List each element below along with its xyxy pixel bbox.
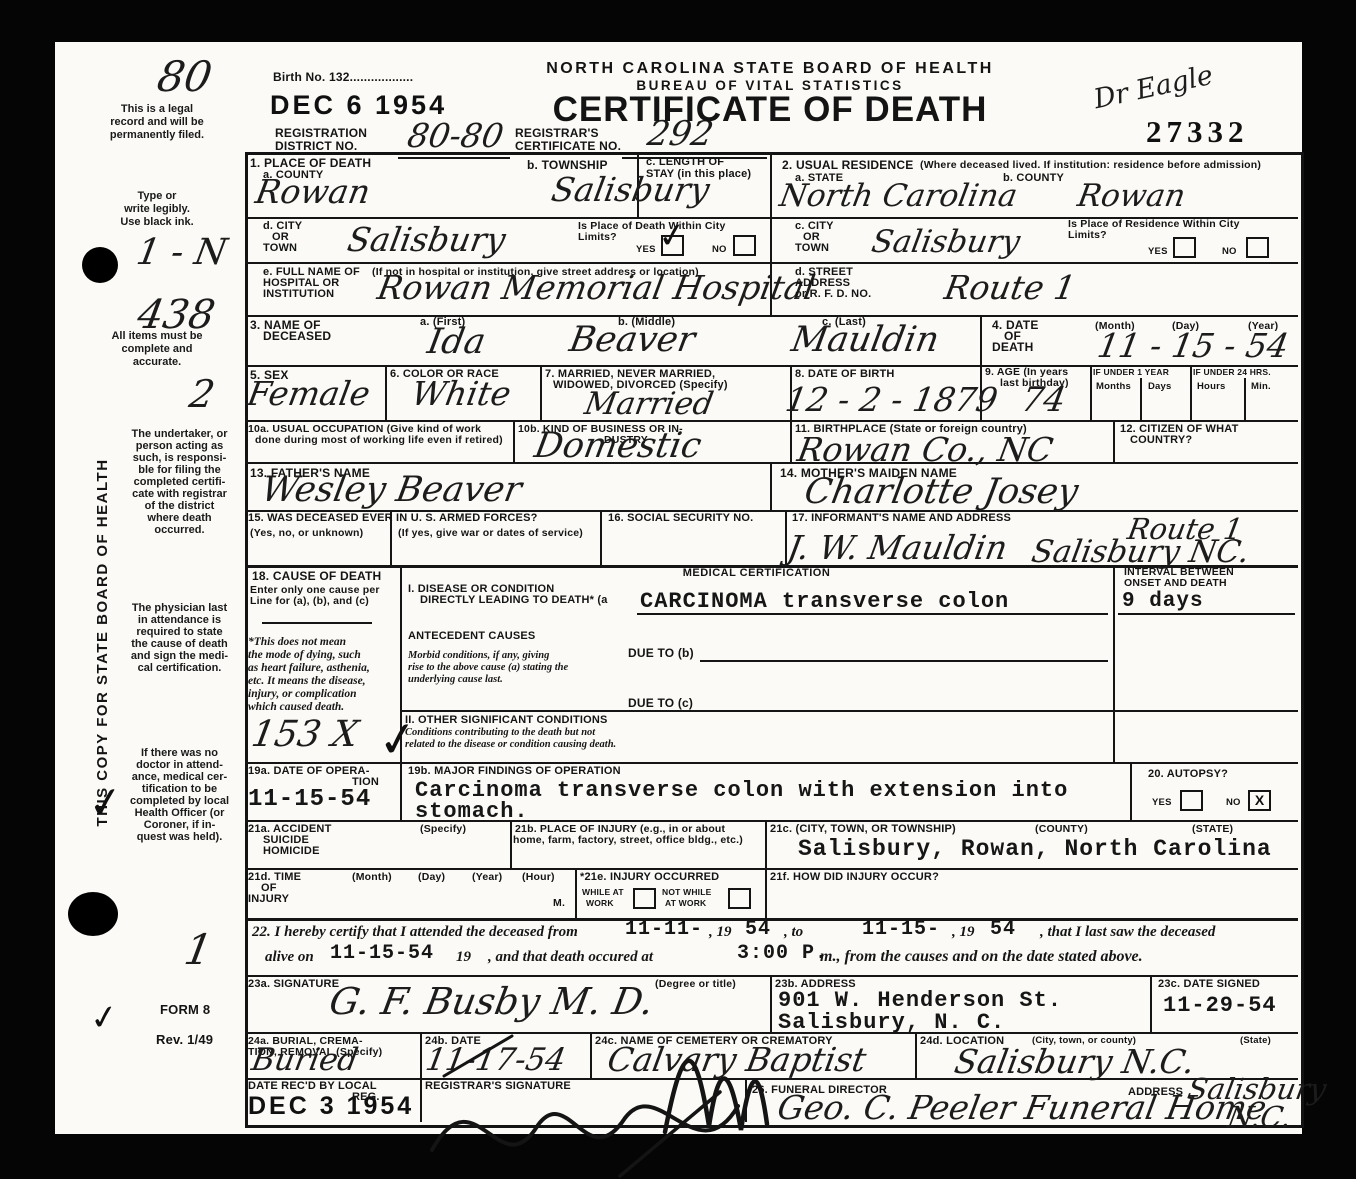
rule — [400, 565, 402, 820]
rule — [1113, 420, 1115, 462]
age-value: 74 — [1018, 380, 1068, 420]
funeral-address-state: N.C. — [1225, 1100, 1294, 1134]
hospital-label: INSTITUTION — [263, 288, 334, 300]
autopsy-yes-checkbox — [1180, 790, 1203, 811]
margin-note-undertaker: cate with registrar — [122, 488, 237, 500]
rule — [262, 622, 372, 624]
margin-note-nodoctor: Coroner, if in- — [122, 819, 237, 831]
cause-note: the mode of dying, such — [248, 649, 361, 661]
while-at-work-label: WHILE AT — [582, 887, 624, 897]
margin-note-nodoctor: If there was no — [122, 747, 237, 759]
margin-handwritten-80: 80 — [154, 52, 216, 101]
residence-limits-yes-checkbox — [1173, 237, 1196, 258]
rule — [513, 420, 515, 462]
residence-city-value: Salisbury — [869, 224, 1023, 260]
not-while-at-work-label: AT WORK — [665, 898, 706, 908]
length-of-stay-label: c. LENGTH OF — [646, 156, 724, 168]
rule — [1244, 378, 1246, 420]
city-label: TOWN — [263, 242, 297, 254]
months-label: Months — [1096, 381, 1131, 392]
under-1-year-label: IF UNDER 1 YEAR — [1093, 367, 1169, 377]
certify-statement: , to — [784, 924, 803, 941]
antecedent-causes-label: ANTECEDENT CAUSES — [408, 630, 535, 642]
certify-statement: 19 — [456, 949, 471, 966]
while-at-work-checkbox — [633, 888, 656, 909]
injury-city-label: 21c. (CITY, TOWN, OR TOWNSHIP) — [770, 823, 956, 835]
rule — [765, 820, 767, 868]
certify-statement: 22. I hereby certify that I attended the… — [252, 924, 578, 941]
margin-note-physician: in attendance is — [122, 614, 237, 626]
social-security-label: 16. SOCIAL SECURITY NO. — [608, 512, 753, 524]
sex-value: Female — [245, 374, 374, 413]
date-of-birth-value: 12 - 2 - 1879 — [783, 380, 1001, 419]
date-of-birth-label: 8. DATE OF BIRTH — [795, 368, 895, 380]
other-conditions-note: Conditions contributing to the death but… — [405, 727, 595, 738]
rule — [540, 365, 542, 420]
death-limits-no-checkbox — [733, 235, 756, 256]
due-to-b-label: DUE TO (b) — [628, 646, 694, 660]
margin-note-legal: This is a legal — [78, 103, 236, 115]
cause-note: etc. It means the disease, — [248, 675, 366, 687]
residence-limits-no-checkbox — [1246, 237, 1269, 258]
informant-label: 17. INFORMANT'S NAME AND ADDRESS — [792, 512, 1011, 524]
margin-checkmark: ✓ — [87, 996, 121, 1040]
last-name-value: Mauldin — [788, 320, 942, 360]
physician-address-value: Salisbury, N. C. — [778, 1010, 1005, 1035]
rule — [245, 868, 1298, 870]
date-signed-value: 11-29-54 — [1163, 993, 1277, 1018]
certify-statement: , and that death occured at — [488, 949, 653, 966]
certificate-number-stamp: 27332 — [1146, 114, 1249, 150]
margin-note-type: Type or — [78, 190, 236, 202]
fathers-name-value: Wesley Beaver — [258, 470, 524, 510]
street-address-value: Route 1 — [942, 268, 1079, 307]
registration-district-label: REGISTRATION — [275, 126, 367, 140]
rule — [400, 710, 1298, 712]
injury-occurred-label: *21e. INJURY OCCURRED — [580, 871, 719, 883]
interval-value: 9 days — [1122, 590, 1204, 613]
usual-residence-label: 2. USUAL RESIDENCE — [782, 158, 913, 172]
residence-city-limits-question: Limits? — [1068, 229, 1107, 241]
armed-forces-label: 15. WAS DECEASED EVER IN U. S. ARMED FOR… — [248, 512, 538, 524]
due-to-c-label: DUE TO (c) — [628, 696, 693, 710]
margin-note-complete: All items must be — [78, 330, 236, 342]
middle-name-value: Beaver — [566, 320, 698, 360]
rule — [770, 975, 772, 1032]
place-of-injury-label: home, farm, factory, street, office bldg… — [513, 834, 743, 846]
hole-punch — [82, 247, 118, 283]
first-name-value: Ida — [424, 322, 488, 362]
residence-county-label: b. COUNTY — [1003, 172, 1064, 184]
rule — [600, 510, 602, 565]
rule — [1140, 378, 1142, 420]
rule — [245, 420, 1298, 422]
rule — [1118, 613, 1295, 615]
cause-note: injury, or complication — [248, 688, 357, 700]
residence-county-value: Rowan — [1075, 178, 1188, 214]
certify-statement: , 19 — [952, 924, 975, 941]
hospital-value: Rowan Memorial Hospital — [375, 268, 819, 307]
rule — [575, 868, 577, 918]
rule — [700, 660, 1108, 662]
rule — [245, 315, 1298, 317]
birthplace-value: Rowan Co., NC — [795, 430, 1056, 469]
page-title: CERTIFICATE OF DEATH — [450, 90, 1090, 130]
autopsy-no-checkbox: X — [1248, 790, 1271, 811]
last-seen-alive-value: 11-15-54 — [330, 942, 434, 965]
certify-statement: alive on — [265, 949, 314, 966]
margin-note-type: write legibly. — [78, 203, 236, 215]
date-of-death-label: DEATH — [992, 340, 1033, 354]
certify-statement: , 19 — [709, 924, 732, 941]
to-year-value: 54 — [990, 918, 1016, 941]
injury-location-value: Salisbury, Rowan, North Carolina — [798, 836, 1272, 862]
document-scan: 80 This is a legal record and will be pe… — [0, 0, 1356, 1179]
rule — [420, 1032, 422, 1078]
margin-note-undertaker: of the district — [122, 500, 237, 512]
informant-city-value: Salisbury NC. — [1029, 534, 1252, 570]
major-findings-label: 19b. MAJOR FINDINGS OF OPERATION — [408, 765, 621, 777]
certify-statement: m., from the causes and on the date stat… — [820, 948, 1143, 966]
min-label: Min. — [1251, 381, 1271, 392]
margin-note-physician: cal certification. — [122, 662, 237, 674]
rule — [765, 868, 767, 918]
margin-note-legal: record and will be — [78, 116, 236, 128]
other-conditions-note: related to the disease or condition caus… — [405, 739, 616, 750]
rule — [980, 315, 982, 365]
specify-hint: (Specify) — [420, 823, 466, 835]
marital-status-value: Married — [582, 386, 716, 422]
date-received-stamp: DEC 3 1954 — [248, 1092, 414, 1121]
rule — [1150, 975, 1152, 1032]
attended-to-value: 11-15- — [862, 918, 940, 941]
disease-condition-label: DIRECTLY LEADING TO DEATH* (a — [420, 594, 608, 606]
form-revision: Rev. 1/49 — [156, 1032, 213, 1047]
time-of-death-value: 3:00 P. — [737, 942, 828, 965]
date-of-death-value: 11 - 15 - 54 — [1095, 326, 1292, 365]
cause-note: which caused death. — [248, 701, 344, 713]
hour-label: (Hour) — [522, 871, 555, 883]
rule — [637, 613, 1108, 615]
registrar-certificate-label: CERTIFICATE NO. — [515, 139, 621, 153]
margin-note-nodoctor: tification to be — [122, 783, 237, 795]
color-race-value: White — [409, 374, 514, 413]
major-findings-value: stomach. — [415, 799, 529, 824]
form-number: FORM 8 — [160, 1002, 210, 1017]
other-conditions-label: II. OTHER SIGNIFICANT CONDITIONS — [405, 714, 608, 726]
mothers-maiden-name-value: Charlotte Josey — [801, 472, 1081, 512]
meridian-label: M. — [553, 897, 565, 909]
medical-certification-header: MEDICAL CERTIFICATION — [400, 567, 1113, 579]
margin-note-undertaker: such, is responsi- — [122, 452, 237, 464]
cause-note: as heart failure, asthenia, — [248, 662, 370, 674]
injury-county-label: (COUNTY) — [1035, 823, 1088, 835]
while-at-work-label: WORK — [586, 898, 614, 908]
rule — [385, 365, 387, 420]
how-injury-occurred-label: 21f. HOW DID INJURY OCCUR? — [770, 871, 939, 883]
cause-of-death-hint: Line for (a), (b), and (c) — [250, 595, 369, 607]
margin-note-undertaker: occurred. — [122, 524, 237, 536]
cause-a-value: CARCINOMA transverse colon — [640, 589, 1009, 614]
margin-note-nodoctor: ance, medical cer- — [122, 771, 237, 783]
under-24-hrs-label: IF UNDER 24 HRS. — [1193, 367, 1271, 377]
county-value: Rowan — [253, 172, 374, 211]
no-label: NO — [1226, 797, 1241, 808]
no-label: NO — [712, 244, 727, 255]
margin-note-type: Use black ink. — [78, 216, 236, 228]
no-label: NO — [1222, 246, 1237, 257]
place-of-death-label: 1. PLACE OF DEATH — [250, 156, 371, 170]
usual-residence-hint: (Where deceased lived. If institution: r… — [920, 159, 1261, 171]
org-name: NORTH CAROLINA STATE BOARD OF HEALTH — [450, 60, 1090, 78]
date-signed-label: 23c. DATE SIGNED — [1158, 978, 1260, 990]
margin-note-nodoctor: Health Officer (or — [122, 807, 237, 819]
interval-label: ONSET AND DEATH — [1124, 577, 1227, 589]
hours-label: Hours — [1197, 381, 1225, 392]
death-city-limits-question: Limits? — [578, 231, 617, 243]
physician-signature: G. F. Busby M. D. — [326, 980, 657, 1023]
armed-forces-hint: (If yes, give war or dates of service) — [398, 527, 583, 539]
rule — [790, 420, 792, 462]
cause-of-death-label: 18. CAUSE OF DEATH — [252, 569, 381, 583]
residence-city-label: TOWN — [795, 242, 829, 254]
stray-pen-stroke — [430, 1032, 520, 1080]
margin-note-undertaker: ble for filing the — [122, 464, 237, 476]
margin-note-complete: accurate. — [78, 356, 236, 368]
location-value: Salisbury N.C. — [952, 1042, 1198, 1081]
business-industry-value: Domestic — [531, 426, 704, 466]
days-label: Days — [1148, 381, 1172, 392]
margin-note-physician: the cause of death — [122, 638, 237, 650]
rule — [245, 918, 1298, 921]
yes-label: YES — [1148, 246, 1168, 257]
location-state-hint: (State) — [1240, 1035, 1271, 1046]
birth-no-label: Birth No. 132.................. — [273, 70, 413, 84]
margin-note-complete: complete and — [78, 343, 236, 355]
margin-note-physician: and sign the medi- — [122, 650, 237, 662]
occupation-label: done during most of working life even if… — [255, 434, 503, 446]
rule — [1113, 565, 1115, 762]
margin-note-undertaker: where death — [122, 512, 237, 524]
margin-note-nodoctor: doctor in attend- — [122, 759, 237, 771]
rule — [1190, 365, 1192, 420]
margin-checkmark: ✓ — [85, 776, 127, 829]
rule — [1090, 365, 1092, 420]
margin-note-nodoctor: quest was held). — [122, 831, 237, 843]
attended-from-value: 11-11- — [625, 918, 703, 941]
margin-note-nodoctor: completed by local — [122, 795, 237, 807]
accident-label: HOMICIDE — [263, 845, 320, 857]
month-label: (Month) — [352, 871, 392, 883]
state-value: North Carolina — [777, 178, 1020, 214]
time-of-injury-label: INJURY — [248, 893, 289, 905]
yes-label: YES — [636, 244, 656, 255]
rule — [245, 820, 1298, 822]
cause-code-handwritten: 153 X — [248, 714, 361, 755]
date-of-operation-value: 11-15-54 — [248, 786, 371, 813]
antecedent-note: Morbid conditions, if any, giving — [408, 650, 549, 661]
year-label: (Year) — [472, 871, 502, 883]
rule — [915, 1032, 917, 1078]
yes-checkmark: ✓ — [655, 214, 689, 258]
from-year-value: 54 — [745, 918, 771, 941]
rule — [590, 1032, 592, 1078]
margin-note-undertaker: The undertaker, or — [122, 428, 237, 440]
injury-state-label: (STATE) — [1192, 823, 1233, 835]
name-of-deceased-label: DECEASED — [263, 329, 331, 343]
yes-label: YES — [1152, 797, 1172, 808]
hole-punch — [68, 892, 118, 936]
citizen-label: COUNTRY? — [1130, 434, 1192, 446]
not-while-at-work-checkbox — [728, 888, 751, 909]
cause-note: *This does not mean — [248, 636, 346, 648]
certify-statement: , that I last saw the deceased — [1040, 924, 1215, 941]
day-label: (Day) — [418, 871, 445, 883]
informant-name-value: J. W. Mauldin — [785, 528, 1011, 567]
margin-handwritten-1n: 1 - N — [133, 232, 230, 273]
margin-note-undertaker: completed certifi- — [122, 476, 237, 488]
rule — [770, 462, 772, 510]
city-value: Salisbury — [345, 220, 509, 259]
antecedent-note: rise to the above cause (a) stating the — [408, 662, 568, 673]
margin-note-undertaker: person acting as — [122, 440, 237, 452]
street-address-label: or R. F. D. NO. — [795, 288, 871, 300]
rule — [510, 820, 512, 868]
autopsy-label: 20. AUTOPSY? — [1148, 768, 1228, 780]
registration-district-label: DISTRICT NO. — [275, 139, 357, 153]
degree-title-hint: (Degree or title) — [655, 978, 736, 990]
margin-note-physician: required to state — [122, 626, 237, 638]
signature-label: 23a. SIGNATURE — [248, 978, 339, 990]
rule — [1130, 762, 1132, 820]
burial-value: Buried — [249, 1042, 361, 1078]
armed-forces-hint: (Yes, no, or unknown) — [250, 527, 363, 539]
not-while-at-work-label: NOT WHILE — [662, 887, 712, 897]
margin-note-physician: The physician last — [122, 602, 237, 614]
length-of-stay-label: STAY (in this place) — [646, 168, 751, 180]
margin-note-legal: permanently filed. — [78, 129, 236, 141]
antecedent-note: underlying cause last. — [408, 674, 503, 685]
